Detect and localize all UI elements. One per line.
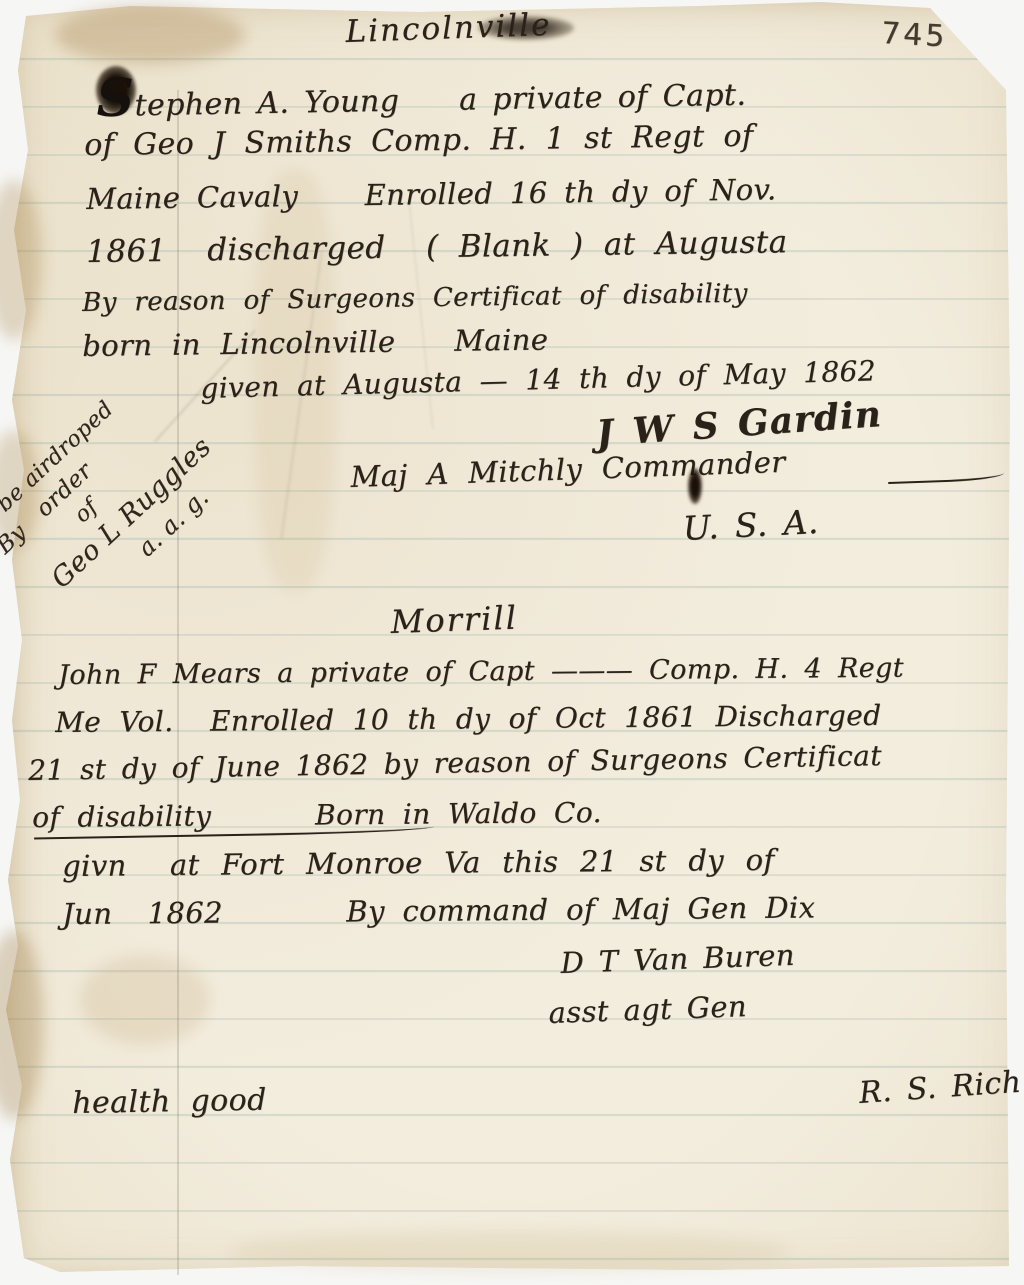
scanned-manuscript-page: Lincolnville 745 Stephen A. Young a priv… [0, 0, 1024, 1285]
entry2-signature-name: D T Van Buren [560, 940, 795, 979]
ink-blot-signature [688, 468, 702, 504]
entry1-signature-org: U. S. A. [682, 505, 819, 547]
entry1-heading: Lincolnville [345, 9, 552, 49]
footer-note: health good [72, 1085, 267, 1120]
entry2-line-2: Me Vol. Enrolled 10 th dy of Oct 1861 Di… [55, 701, 882, 738]
entry2-line-5: givn at Fort Monroe Va this 21 st dy of [62, 845, 775, 882]
entry2-heading: Morrill [390, 602, 518, 640]
entry1-line-1: Stephen A. Young a private of Capt. [96, 61, 747, 127]
page-number: 745 [880, 18, 948, 53]
entry2-line-6: Jun 1862 By command of Maj Gen Dix [62, 892, 815, 929]
entry2-signature-title: asst agt Gen [548, 991, 747, 1028]
